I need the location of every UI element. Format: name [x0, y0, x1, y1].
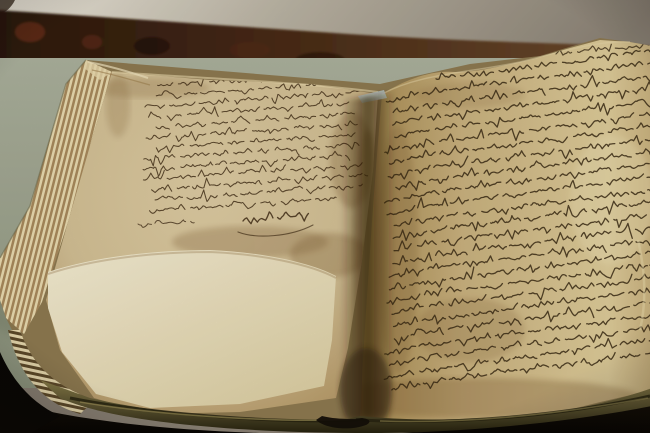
film-grain-overlay [0, 0, 650, 433]
manuscript-photo [0, 0, 650, 433]
scene-graphic [0, 0, 650, 433]
